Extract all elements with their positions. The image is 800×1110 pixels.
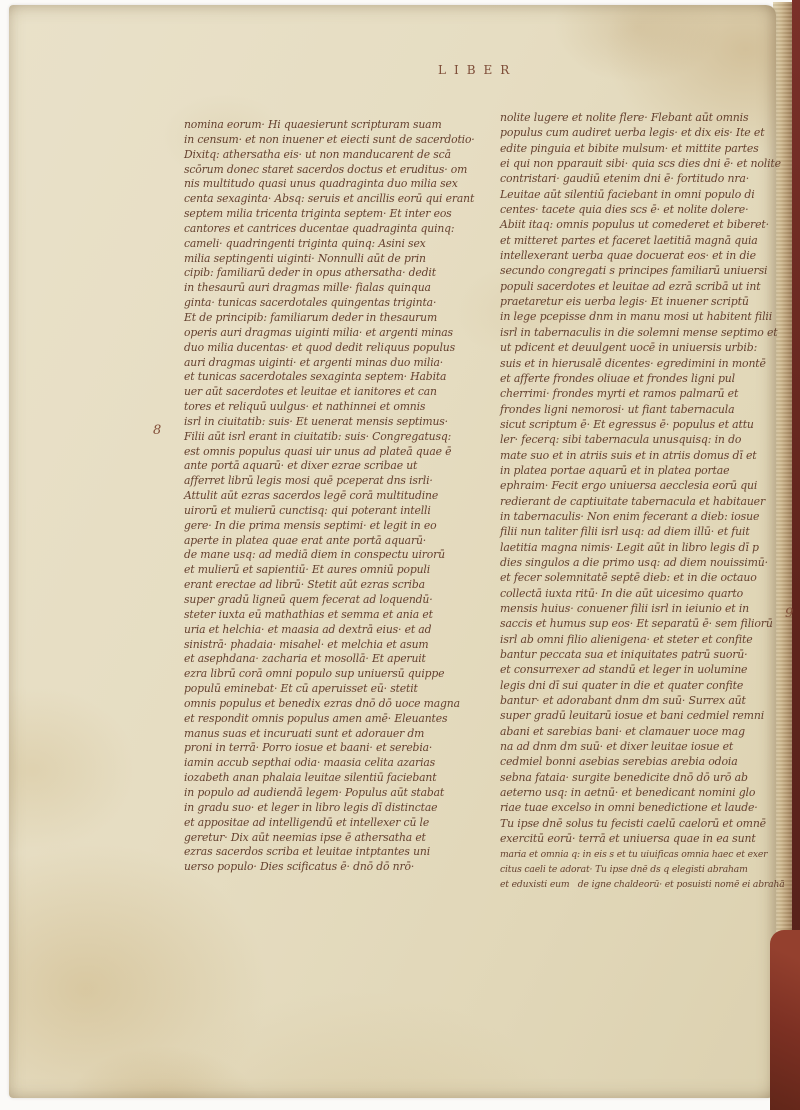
- manuscript-line: Tu ipse dnē solus tu fecisti caelū caelo…: [500, 816, 792, 831]
- manuscript-line: in populo ad audiendā legem· Populus aūt…: [184, 786, 486, 801]
- manuscript-line: ler· fecerq: sibi tabernacula unusquisq:…: [500, 432, 792, 447]
- manuscript-line: secundo congregati s principes familiarū…: [500, 263, 792, 278]
- manuscript-line: Abiit itaq: omnis populus ut comederet e…: [500, 217, 792, 232]
- manuscript-line: isrl ab omni filio alienigena· et steter…: [500, 632, 792, 647]
- manuscript-line: nomina eorum· Hi quaesierunt scripturam …: [184, 118, 486, 133]
- manuscript-line: aeterno usq: in aetnū· et benedicant nom…: [500, 785, 792, 800]
- manuscript-line: scōrum donec staret sacerdos doctus et e…: [184, 163, 486, 178]
- manuscript-line: et respondit omnis populus amen amē· Ele…: [184, 712, 486, 727]
- manuscript-line: iozabeth anan phalaia leuitae silentiū f…: [184, 771, 486, 786]
- manuscript-line: operis auri dragmas uiginti milia· et ar…: [184, 326, 486, 341]
- manuscript-line: sinistrā· phadaia· misahel· et melchia e…: [184, 638, 486, 653]
- manuscript-line: et eduxisti eum de igne chaldeorū· et po…: [500, 877, 792, 892]
- manuscript-line: mensis huius· conuener filii isrl in iei…: [500, 601, 792, 616]
- manuscript-line: ante portā aquarū· et dixer ezrae scriba…: [184, 459, 486, 474]
- manuscript-line: Leuitae aūt silentiū faciebant in omni p…: [500, 187, 792, 202]
- manuscript-line: redierant de captiuitate tabernacula et …: [500, 494, 792, 509]
- manuscript-line: ut pdicent et deuulgent uocē in uniuersi…: [500, 340, 792, 355]
- manuscript-line: ephraim· Fecit ergo uniuersa aecclesia e…: [500, 478, 792, 493]
- manuscript-line: cherrimi· frondes myrti et ramos palmarū…: [500, 386, 792, 401]
- manuscript-line: super gradū ligneū quem fecerat ad loque…: [184, 593, 486, 608]
- manuscript-line: ginta· tunicas sacerdotales quingentas t…: [184, 296, 486, 311]
- manuscript-line: bantur peccata sua et iniquitates patrū …: [500, 647, 792, 662]
- manuscript-line: isrl in ciuitatib: suis· Et uenerat mens…: [184, 415, 486, 430]
- manuscript-line: Dixitq: athersatha eis· ut non manducare…: [184, 148, 486, 163]
- manuscript-line: duo milia ducentas· et quod dedit reliqu…: [184, 341, 486, 356]
- manuscript-line: et appositae ad intelligendū et intellex…: [184, 816, 486, 831]
- manuscript-line: suis et in hierusalē dicentes· egredimin…: [500, 356, 792, 371]
- manuscript-line: ezras sacerdos scriba et leuitae intptan…: [184, 845, 486, 860]
- manuscript-line: riae tuae excelso in omni benedictione e…: [500, 800, 792, 815]
- manuscript-line: uria et helchia· et maasia ad dextrā eiu…: [184, 623, 486, 638]
- manuscript-line: uirorū et mulierū cunctisq: qui poterant…: [184, 504, 486, 519]
- manuscript-line: centes· tacete quia dies scs ē· et nolit…: [500, 202, 792, 217]
- manuscript-line: edite pinguia et bibite mulsum· et mitti…: [500, 141, 792, 156]
- manuscript-line: in censum· et non inuener et eiecti sunt…: [184, 133, 486, 148]
- manuscript-line: laetitia magna nimis· Legit aūt in libro…: [500, 540, 792, 555]
- manuscript-line: in tabernaculis· Non enim fecerant a die…: [500, 509, 792, 524]
- manuscript-line: et afferte frondes oliuae et frondes lig…: [500, 371, 792, 386]
- manuscript-line: mate suo et in atriis suis et in atriis …: [500, 448, 792, 463]
- manuscript-line: omnis populus et benedix ezras dnō dō uo…: [184, 697, 486, 712]
- manuscript-line: afferret librū legis mosi quē pceperat d…: [184, 474, 486, 489]
- manuscript-line: populi sacerdotes et leuitae ad ezrā scr…: [500, 279, 792, 294]
- manuscript-line: sebna fataia· surgite benedicite dnō dō …: [500, 770, 792, 785]
- manuscript-line: in gradu suo· et leger in libro legis dī…: [184, 801, 486, 816]
- manuscript-line: isrl in tabernaculis in die solemni mens…: [500, 325, 792, 340]
- manuscript-line: et tunicas sacerdotales sexaginta septem…: [184, 370, 486, 385]
- manuscript-line: centa sexaginta· Absq: seruis et ancilli…: [184, 192, 486, 207]
- manuscript-line: Attulit aūt ezras sacerdos legē corā mul…: [184, 489, 486, 504]
- manuscript-line: et consurrexer ad standū et leger in uol…: [500, 662, 792, 677]
- manuscript-line: est omnis populus quasi uir unus ad plat…: [184, 445, 486, 460]
- running-title: LIBER: [438, 63, 517, 77]
- manuscript-line: et mitteret partes et faceret laetitiā m…: [500, 233, 792, 248]
- manuscript-line: populū eminebat· Et cū aperuisset eū· st…: [184, 682, 486, 697]
- manuscript-line: aperte in platea quae erat ante portā aq…: [184, 534, 486, 549]
- manuscript-line: cipib: familiarū deder in opus athersath…: [184, 266, 486, 281]
- manuscript-line: legis dni dī sui quater in die et quater…: [500, 678, 792, 693]
- manuscript-line: septem milia tricenta triginta septem· E…: [184, 207, 486, 222]
- manuscript-line: iamin accub septhai odia· maasia celita …: [184, 756, 486, 771]
- manuscript-line: in thesaurū auri dragmas mille· fialas q…: [184, 281, 486, 296]
- manuscript-line: praetaretur eis uerba legis· Et inuener …: [500, 294, 792, 309]
- manuscript-line: nolite lugere et nolite flere· Flebant a…: [500, 110, 792, 125]
- manuscript-line: intellexerant uerba quae docuerat eos· e…: [500, 248, 792, 263]
- manuscript-line: exercitū eorū· terrā et uniuersa quae in…: [500, 831, 792, 846]
- text-column-right: nolite lugere et nolite flere· Flebant a…: [500, 110, 792, 893]
- manuscript-photo: LIBER nomina eorum· Hi quaesierunt scrip…: [0, 0, 800, 1110]
- manuscript-line: abani et sarebias bani· et clamauer uoce…: [500, 724, 792, 739]
- text-column-left: nomina eorum· Hi quaesierunt scripturam …: [184, 118, 486, 875]
- manuscript-line: steter iuxta eū mathathias et semma et a…: [184, 608, 486, 623]
- manuscript-line: milia septingenti uiginti· Nonnulli aūt …: [184, 252, 486, 267]
- manuscript-line: erant erectae ad librū· Stetit aūt ezras…: [184, 578, 486, 593]
- manuscript-line: proni in terrā· Porro iosue et baani· et…: [184, 741, 486, 756]
- manuscript-line: manus suas et incuruati sunt et adorauer…: [184, 727, 486, 742]
- manuscript-line: saccis et humus sup eos· Et separatū ē· …: [500, 616, 792, 631]
- manuscript-line: cedmiel bonni asebias serebias arebia od…: [500, 754, 792, 769]
- manuscript-line: et fecer solemnitatē septē dieb: et in d…: [500, 570, 792, 585]
- manuscript-line: bantur· et adorabant dnm dm suū· Surrex …: [500, 693, 792, 708]
- manuscript-line: Et de principib: familiarum deder in the…: [184, 311, 486, 326]
- manuscript-line: contristari· gaudiū etenim dni ē· fortit…: [500, 171, 792, 186]
- manuscript-line: cantores et cantrices ducentae quadragin…: [184, 222, 486, 237]
- manuscript-line: filii nun taliter filii isrl usq: ad die…: [500, 524, 792, 539]
- manuscript-line: citus caeli te adorat· Tu ipse dnē ds q …: [500, 862, 792, 877]
- manuscript-line: gere· In die prima mensis septimi· et le…: [184, 519, 486, 534]
- manuscript-line: super gradū leuitarū iosue et bani cedmi…: [500, 708, 792, 723]
- manuscript-line: nis multitudo quasi unus quadraginta duo…: [184, 177, 486, 192]
- manuscript-line: uerso populo· Dies scificatus ē· dnō dō …: [184, 860, 486, 875]
- manuscript-line: na ad dnm dm suū· et dixer leuitae iosue…: [500, 739, 792, 754]
- manuscript-line: Filii aūt isrl erant in ciuitatib: suis·…: [184, 430, 486, 445]
- manuscript-line: tores et reliquū uulgus· et nathinnei et…: [184, 400, 486, 415]
- book-fore-edge-corner: [770, 930, 800, 1110]
- manuscript-line: collectā iuxta ritū· In die aūt uicesimo…: [500, 586, 792, 601]
- manuscript-line: sicut scriptum ē· Et egressus ē· populus…: [500, 417, 792, 432]
- manuscript-line: dies singulos a die primo usq: ad diem n…: [500, 555, 792, 570]
- manuscript-line: populus cum audiret uerba legis· et dix …: [500, 125, 792, 140]
- manuscript-line: ezra librū corā omni populo sup uniuersū…: [184, 667, 486, 682]
- manuscript-line: de mane usq: ad mediā diem in conspectu …: [184, 548, 486, 563]
- manuscript-line: geretur· Dix aūt neemias ipse ē athersat…: [184, 831, 486, 846]
- manuscript-line: in platea portae aquarū et in platea por…: [500, 463, 792, 478]
- manuscript-line: in lege pcepisse dnm in manu mosi ut hab…: [500, 309, 792, 324]
- manuscript-line: cameli· quadringenti triginta quinq: Asi…: [184, 237, 486, 252]
- chapter-number-8: 8: [153, 423, 161, 438]
- manuscript-line: auri dragmas uiginti· et argenti minas d…: [184, 356, 486, 371]
- chapter-number-9: 9: [785, 606, 793, 621]
- manuscript-line: maria et omnia q: in eis s et tu uiuific…: [500, 847, 792, 862]
- manuscript-line: uer aūt sacerdotes et leuitae et ianitor…: [184, 385, 486, 400]
- manuscript-line: ei qui non pparauit sibi· quia scs dies …: [500, 156, 792, 171]
- manuscript-line: et mulierū et sapientiū· Et aures omniū …: [184, 563, 486, 578]
- manuscript-line: et asephdana· zacharia et mosollā· Et ap…: [184, 652, 486, 667]
- manuscript-line: frondes ligni nemorosi· ut fiant taberna…: [500, 402, 792, 417]
